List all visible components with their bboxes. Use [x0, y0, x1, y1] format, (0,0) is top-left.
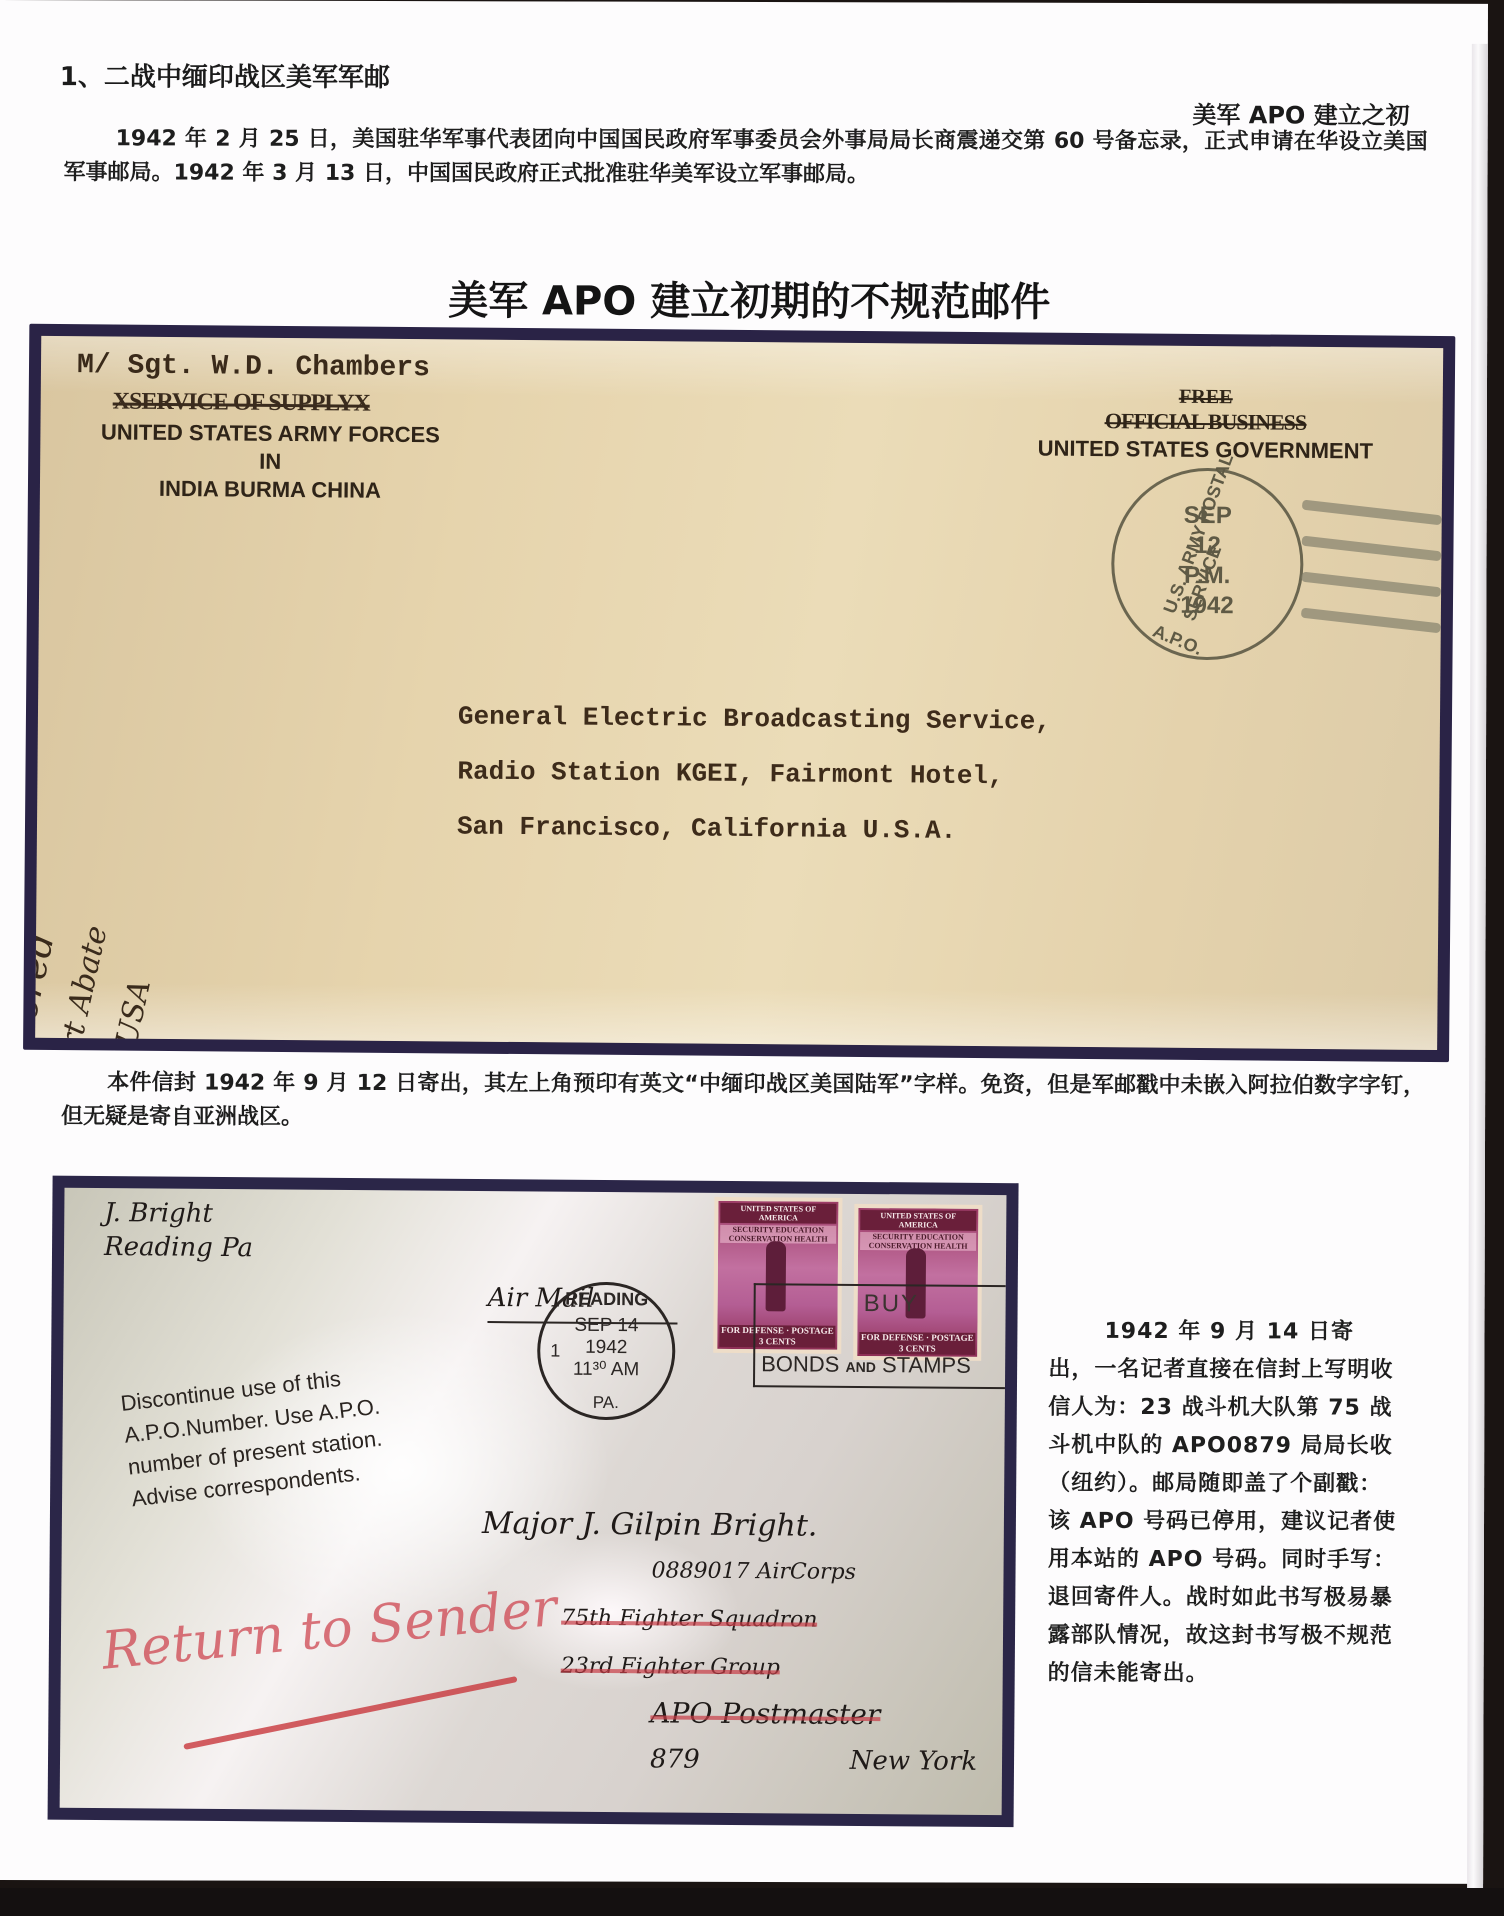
- recipient-address: Major J. Gilpin Bright. 0889017 AirCorps…: [480, 1501, 979, 1785]
- apo-postmark: U.S. ARMY POSTAL SERVICE SEP 12 P.M. 194…: [1110, 467, 1304, 661]
- envelope-2-note: 1942 年 9 月 14 日寄出，一名记者直接在信封上写明收信人为：23 战斗…: [1048, 1313, 1399, 1694]
- envelope-2-mount: J. Bright Reading Pa Air Mail READING SE…: [48, 1176, 1019, 1828]
- gov-line: UNITED STATES GOVERNMENT: [990, 435, 1420, 465]
- postmark-center: SEP 12 P.M. 1942: [1114, 500, 1301, 622]
- postmark-month: SEP: [1115, 500, 1301, 532]
- envelope-1-caption: 本件信封 1942 年 9 月 12 日寄出，其左上角预印有英文“中缅印战区美国…: [61, 1066, 1425, 1138]
- free-frank-block: FREE OFFICIAL BUSINESS UNITED STATES GOV…: [990, 384, 1421, 465]
- stamp-country: UNITED STATES OF AMERICA: [720, 1203, 836, 1224]
- return-address-line: Reading Pa: [104, 1230, 253, 1265]
- background-shadow: [0, 1888, 1504, 1916]
- corner-card: UNITED STATES ARMY FORCES IN INDIA BURMA…: [40, 418, 501, 506]
- address-line: General Electric Broadcasting Service,: [458, 689, 1051, 749]
- postmark-time: 11³⁰ AM: [540, 1358, 672, 1381]
- recipient-squadron: 75th Fighter Squadron: [481, 1595, 818, 1644]
- reading-postmark: READING SEP 14 1942 11³⁰ AM 1 PA.: [537, 1281, 676, 1420]
- delivery-address: General Electric Broadcasting Service, R…: [457, 689, 1051, 859]
- return-address: J. Bright Reading Pa: [104, 1196, 253, 1265]
- address-line: Radio Station KGEI, Fairmont Hotel,: [457, 744, 1050, 804]
- postmark-year: 1942: [1114, 590, 1300, 622]
- postmark-time: P.M.: [1114, 560, 1300, 592]
- postmark-date: SEP 14: [540, 1314, 672, 1337]
- envelope-1: M/ Sgt. W.D. Chambers XSERVICE OF SUPPLY…: [35, 336, 1443, 1050]
- red-pencil-stroke: [183, 1676, 517, 1750]
- recipient-serial: 0889017 AirCorps: [481, 1547, 978, 1597]
- slogan-bonds-stamps: BONDS AND STAMPS: [761, 1351, 971, 1379]
- envelope-1-mount: M/ Sgt. W.D. Chambers XSERVICE OF SUPPLY…: [23, 324, 1455, 1062]
- corner-card-line: INDIA BURMA CHINA: [40, 474, 500, 506]
- album-page: 1、二战中缅印战区美军军邮 美军 APO 建立之初 1942 年 2 月 25 …: [0, 0, 1488, 1884]
- slogan-word: BONDS: [761, 1351, 839, 1377]
- postmark-city: READING: [541, 1288, 673, 1310]
- postmark-state: PA.: [540, 1392, 672, 1413]
- sender-name: M/ Sgt. W.D. Chambers: [77, 350, 430, 384]
- section-title: 1、二战中缅印战区美军军邮: [60, 56, 390, 94]
- recipient-city: New York: [850, 1746, 978, 1777]
- stamp-country: UNITED STATES OF AMERICA: [860, 1210, 976, 1231]
- main-title: 美军 APO 建立初期的不规范邮件: [0, 268, 1499, 329]
- slogan-word: AND: [845, 1359, 875, 1375]
- recipient-apo: 879: [650, 1744, 700, 1774]
- postmark-number: 1: [550, 1341, 560, 1362]
- struck-service-line: XSERVICE OF SUPPLYX: [113, 388, 370, 417]
- address-line: San Francisco, California U.S.A.: [457, 799, 1050, 859]
- return-address-line: J. Bright: [104, 1196, 253, 1231]
- intro-paragraph: 1942 年 2 月 25 日，美国驻华军事代表团向中国国民政府军事委员会外事局…: [64, 122, 1428, 194]
- slogan-word: STAMPS: [882, 1352, 971, 1378]
- postmark-day: 12: [1114, 530, 1300, 562]
- free-line: FREE: [1179, 386, 1233, 409]
- corner-card-line: UNITED STATES ARMY FORCES: [40, 418, 500, 450]
- recipient-group: 23rd Fighter Group: [481, 1643, 780, 1691]
- slogan-buy: BUY: [864, 1290, 920, 1318]
- official-business-struck: OFFICIAL BUSINESS: [1105, 408, 1306, 436]
- recipient-name: Major J. Gilpin Bright.: [482, 1501, 979, 1551]
- recipient-postmaster: APO Postmaster: [650, 1690, 880, 1738]
- cancel-bars: [1301, 507, 1442, 652]
- corner-card-line: IN: [40, 446, 500, 478]
- envelope-2: J. Bright Reading Pa Air Mail READING SE…: [60, 1188, 1007, 1815]
